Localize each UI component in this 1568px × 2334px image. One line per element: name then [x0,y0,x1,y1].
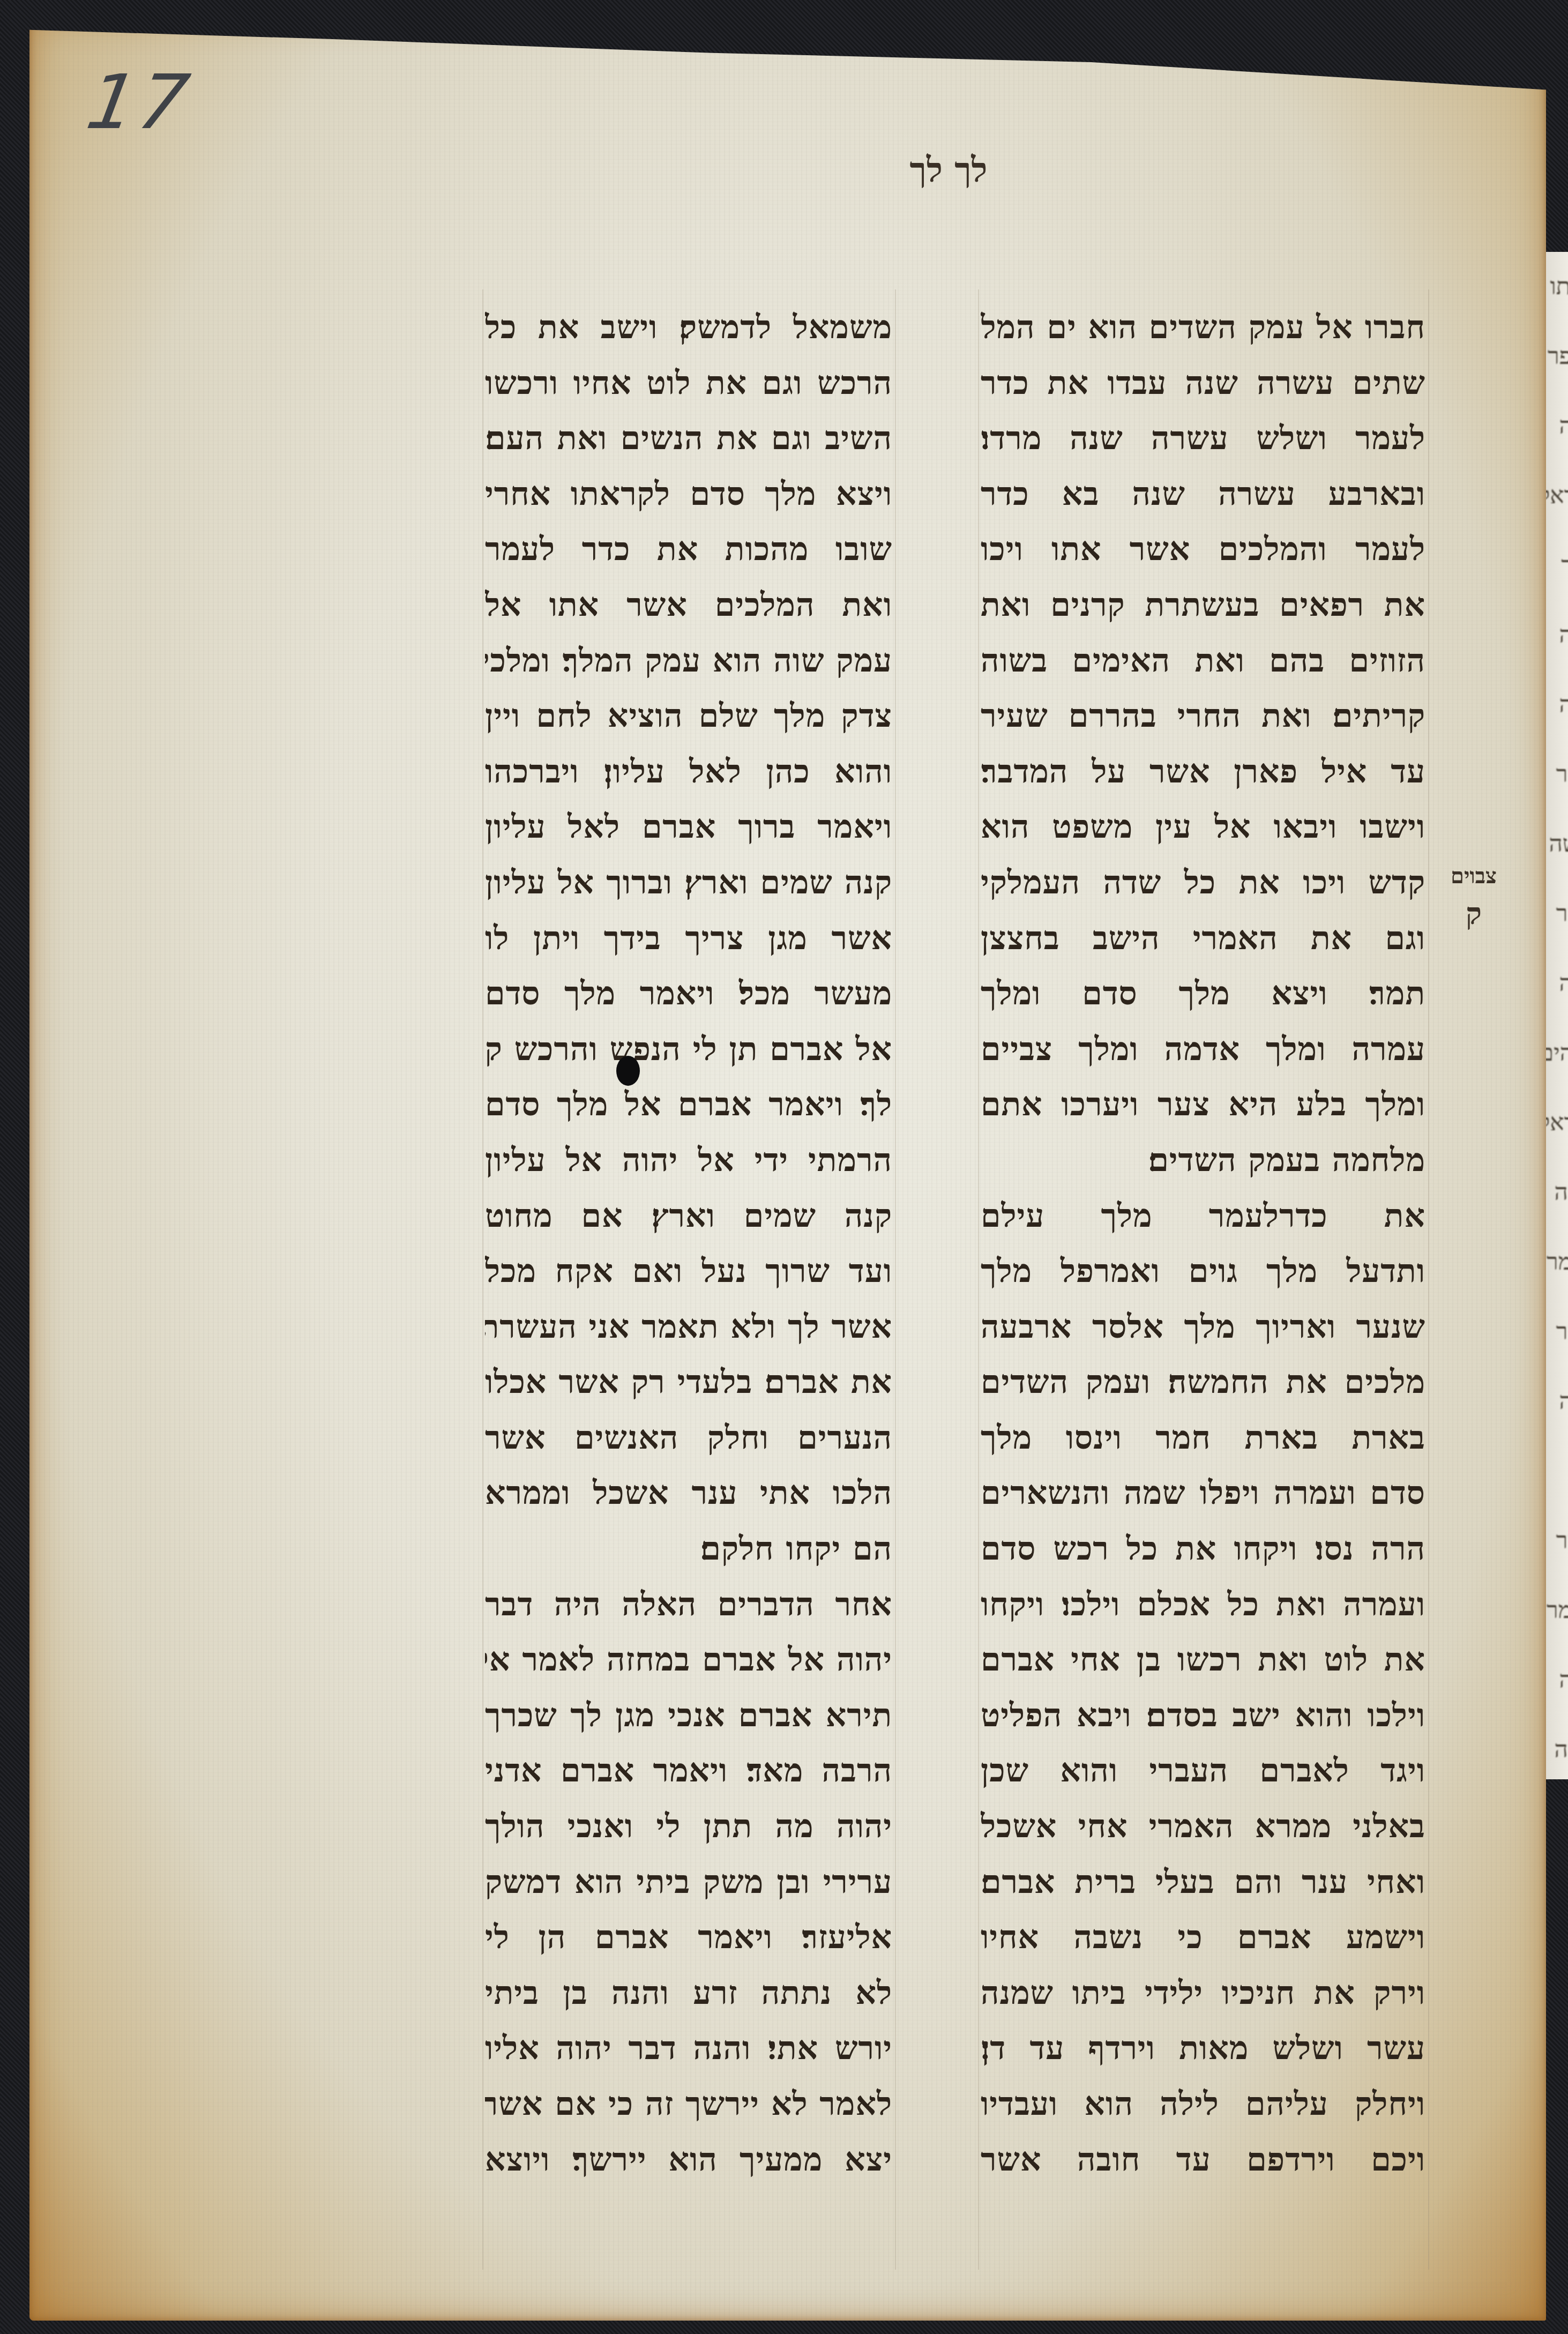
text-line: תירא אברם אנכי מגן לך שכרך [485,1688,892,1744]
ruling-line [895,289,896,2270]
folio-number: 17 [81,59,198,146]
text-column-right: חברו אל עמק השדים הוא ים המלח׃שתים עשרה … [981,300,1425,2188]
text-line: אל אברם תן לי הנפש והרכש קח [485,1022,892,1078]
text-line: חברו אל עמק השדים הוא ים המלח׃ [981,300,1425,356]
text-line: את רפאים בעשתרת קרנים ואת [981,578,1425,633]
text-line: עמק שוה הוא עמק המלך׃ ומלכי [485,633,892,689]
text-line: לא נתתה זרע והנה בן ביתי [485,1966,892,2022]
text-line: באלני ממרא האמרי אחי אשכל [981,1799,1425,1855]
text-line: יהוה מה תתן לי ואנכי הולך [485,1799,892,1855]
text-line: אחר הדברים האלה היה דבר [485,1577,892,1633]
text-line: משמאל לדמשק׃ וישב את כל [485,300,892,356]
text-line: לעמר והמלכים אשר אתו ויכו [981,522,1425,578]
text-line: את לוט ואת רכשו בן אחי אברם [981,1632,1425,1688]
text-line: וילכו והוא ישב בסדם׃ ויבא הפליט [981,1688,1425,1744]
text-line: את כדרלעמר מלך עילם [981,1189,1425,1244]
text-line: מעשר מכל׃ ויאמר מלך סדם [485,966,892,1022]
text-line: קריתים׃ ואת החרי בהררם שעיר [981,689,1425,744]
text-line: קדש ויכו את כל שדה העמלקי [981,855,1425,911]
text-line: ערירי ובן משק ביתי הוא דמשק [485,1855,892,1911]
text-line: יצא ממעיך הוא יירשך׃ ויוצא [485,2132,892,2188]
text-line: שנער ואריוך מלך אלסר ארבעה [981,1300,1425,1355]
text-line: הם יקחו חלקם׃ [485,1522,892,1577]
text-line: הרכש וגם את לוט אחיו ורכשו [485,356,892,412]
text-line: וגם את האמרי הישב בחצצן [981,911,1425,967]
ruling-line [1428,289,1429,2270]
text-line: הזוזים בהם ואת האימים בשוה [981,633,1425,689]
ruling-line [978,289,979,2270]
text-line: עד איל פארן אשר על המדבר׃ [981,744,1425,800]
text-line: וירק את חניכיו ילידי ביתו שמנה [981,1966,1425,2022]
text-line: ומלך בלע היא צער ויערכו אתם [981,1077,1425,1133]
text-line: קנה שמים וארץ׃ וברוך אל עליון [485,855,892,911]
text-line: צדק מלך שלם הוציא לחם ויין [485,689,892,744]
text-line: הרמתי ידי אל יהוה אל עליון [485,1133,892,1189]
text-line: לך׃ ויאמר אברם אל מלך סדם [485,1077,892,1133]
text-line: אשר מגן צריך בידך ויתן לו [485,911,892,967]
text-line: שתים עשרה שנה עבדו את כדר [981,356,1425,412]
text-line: ויכם וירדפם עד חובה אשר [981,2132,1425,2188]
text-line: והוא כהן לאל עליון׃ ויברכהו [485,744,892,800]
text-line: ויגד לאברם העברי והוא שכן [981,1743,1425,1799]
text-line: עשר ושלש מאות וירדף עד דן׃ [981,2021,1425,2077]
text-line: יהוה אל אברם במחזה לאמר אל [485,1632,892,1688]
text-line: קנה שמים וארץ׃ אם מחוט [485,1189,892,1244]
text-line: הרה נסו׃ ויקחו את כל רכש סדם [981,1522,1425,1577]
margin-note-mark: ק [1436,895,1511,933]
text-line: לעמר ושלש עשרה שנה מרדו׃ [981,411,1425,467]
text-line: וישמע אברם כי נשבה אחיו [981,1910,1425,1966]
text-line: יורש אתי׃ והנה דבר יהוה אליו [485,2021,892,2077]
text-line: השיב וגם את הנשים ואת העם׃ [485,411,892,467]
text-line: ויחלק עליהם לילה הוא ועבדיו [981,2077,1425,2132]
text-line: ויצא מלך סדם לקראתו אחרי [485,467,892,523]
text-line: אליעזר׃ ויאמר אברם הן לי [485,1910,892,1966]
running-header: לך לך [890,150,1007,190]
text-line: מלכים את החמשה׃ ועמק השדים [981,1355,1425,1411]
text-line: סדם ועמרה ויפלו שמה והנשארים [981,1466,1425,1522]
text-line: לאמר לא יירשך זה כי אם אשר [485,2077,892,2132]
text-line: הלכו אתי ענר אשכל וממרא [485,1466,892,1522]
text-line: עמרה ומלך אדמה ומלך צביים [981,1022,1425,1078]
text-line: את אברם׃ בלעדי רק אשר אכלו [485,1355,892,1411]
text-line: וישבו ויבאו אל עין משפט הוא [981,800,1425,855]
text-line: ותדעל מלך גוים ואמרפל מלך [981,1244,1425,1300]
text-line: ובארבע עשרה שנה בא כדר [981,467,1425,523]
ruling-line [482,289,483,2270]
text-line: תמר׃ ויצא מלך סדם ומלך [981,966,1425,1022]
masorah-margin-note: צבוים ק [1436,857,1511,933]
text-line: ועד שרוך נעל ואם אקח מכל [485,1244,892,1300]
text-line: ואחי ענר והם בעלי ברית אברם׃ [981,1855,1425,1911]
text-line: הרבה מאד׃ ויאמר אברם אדני [485,1743,892,1799]
text-line: ואת המלכים אשר אתו אל [485,578,892,633]
text-line: מלחמה בעמק השדים׃ [981,1133,1425,1189]
text-line: ועמרה ואת כל אכלם וילכו׃ ויקחו [981,1577,1425,1633]
text-line: ויאמר ברוך אברם לאל עליון [485,800,892,855]
text-column-left: משמאל לדמשק׃ וישב את כלהרכש וגם את לוט א… [485,300,892,2188]
margin-note-word: צבוים [1451,863,1497,889]
parchment-hole [616,1056,640,1086]
text-line: הנערים וחלק האנשים אשר [485,1411,892,1466]
text-line: שובו מהכות את כדר לעמר [485,522,892,578]
text-line: בארת בארת חמר וינסו מלך [981,1411,1425,1466]
text-line: אשר לך ולא תאמר אני העשרתי [485,1300,892,1355]
